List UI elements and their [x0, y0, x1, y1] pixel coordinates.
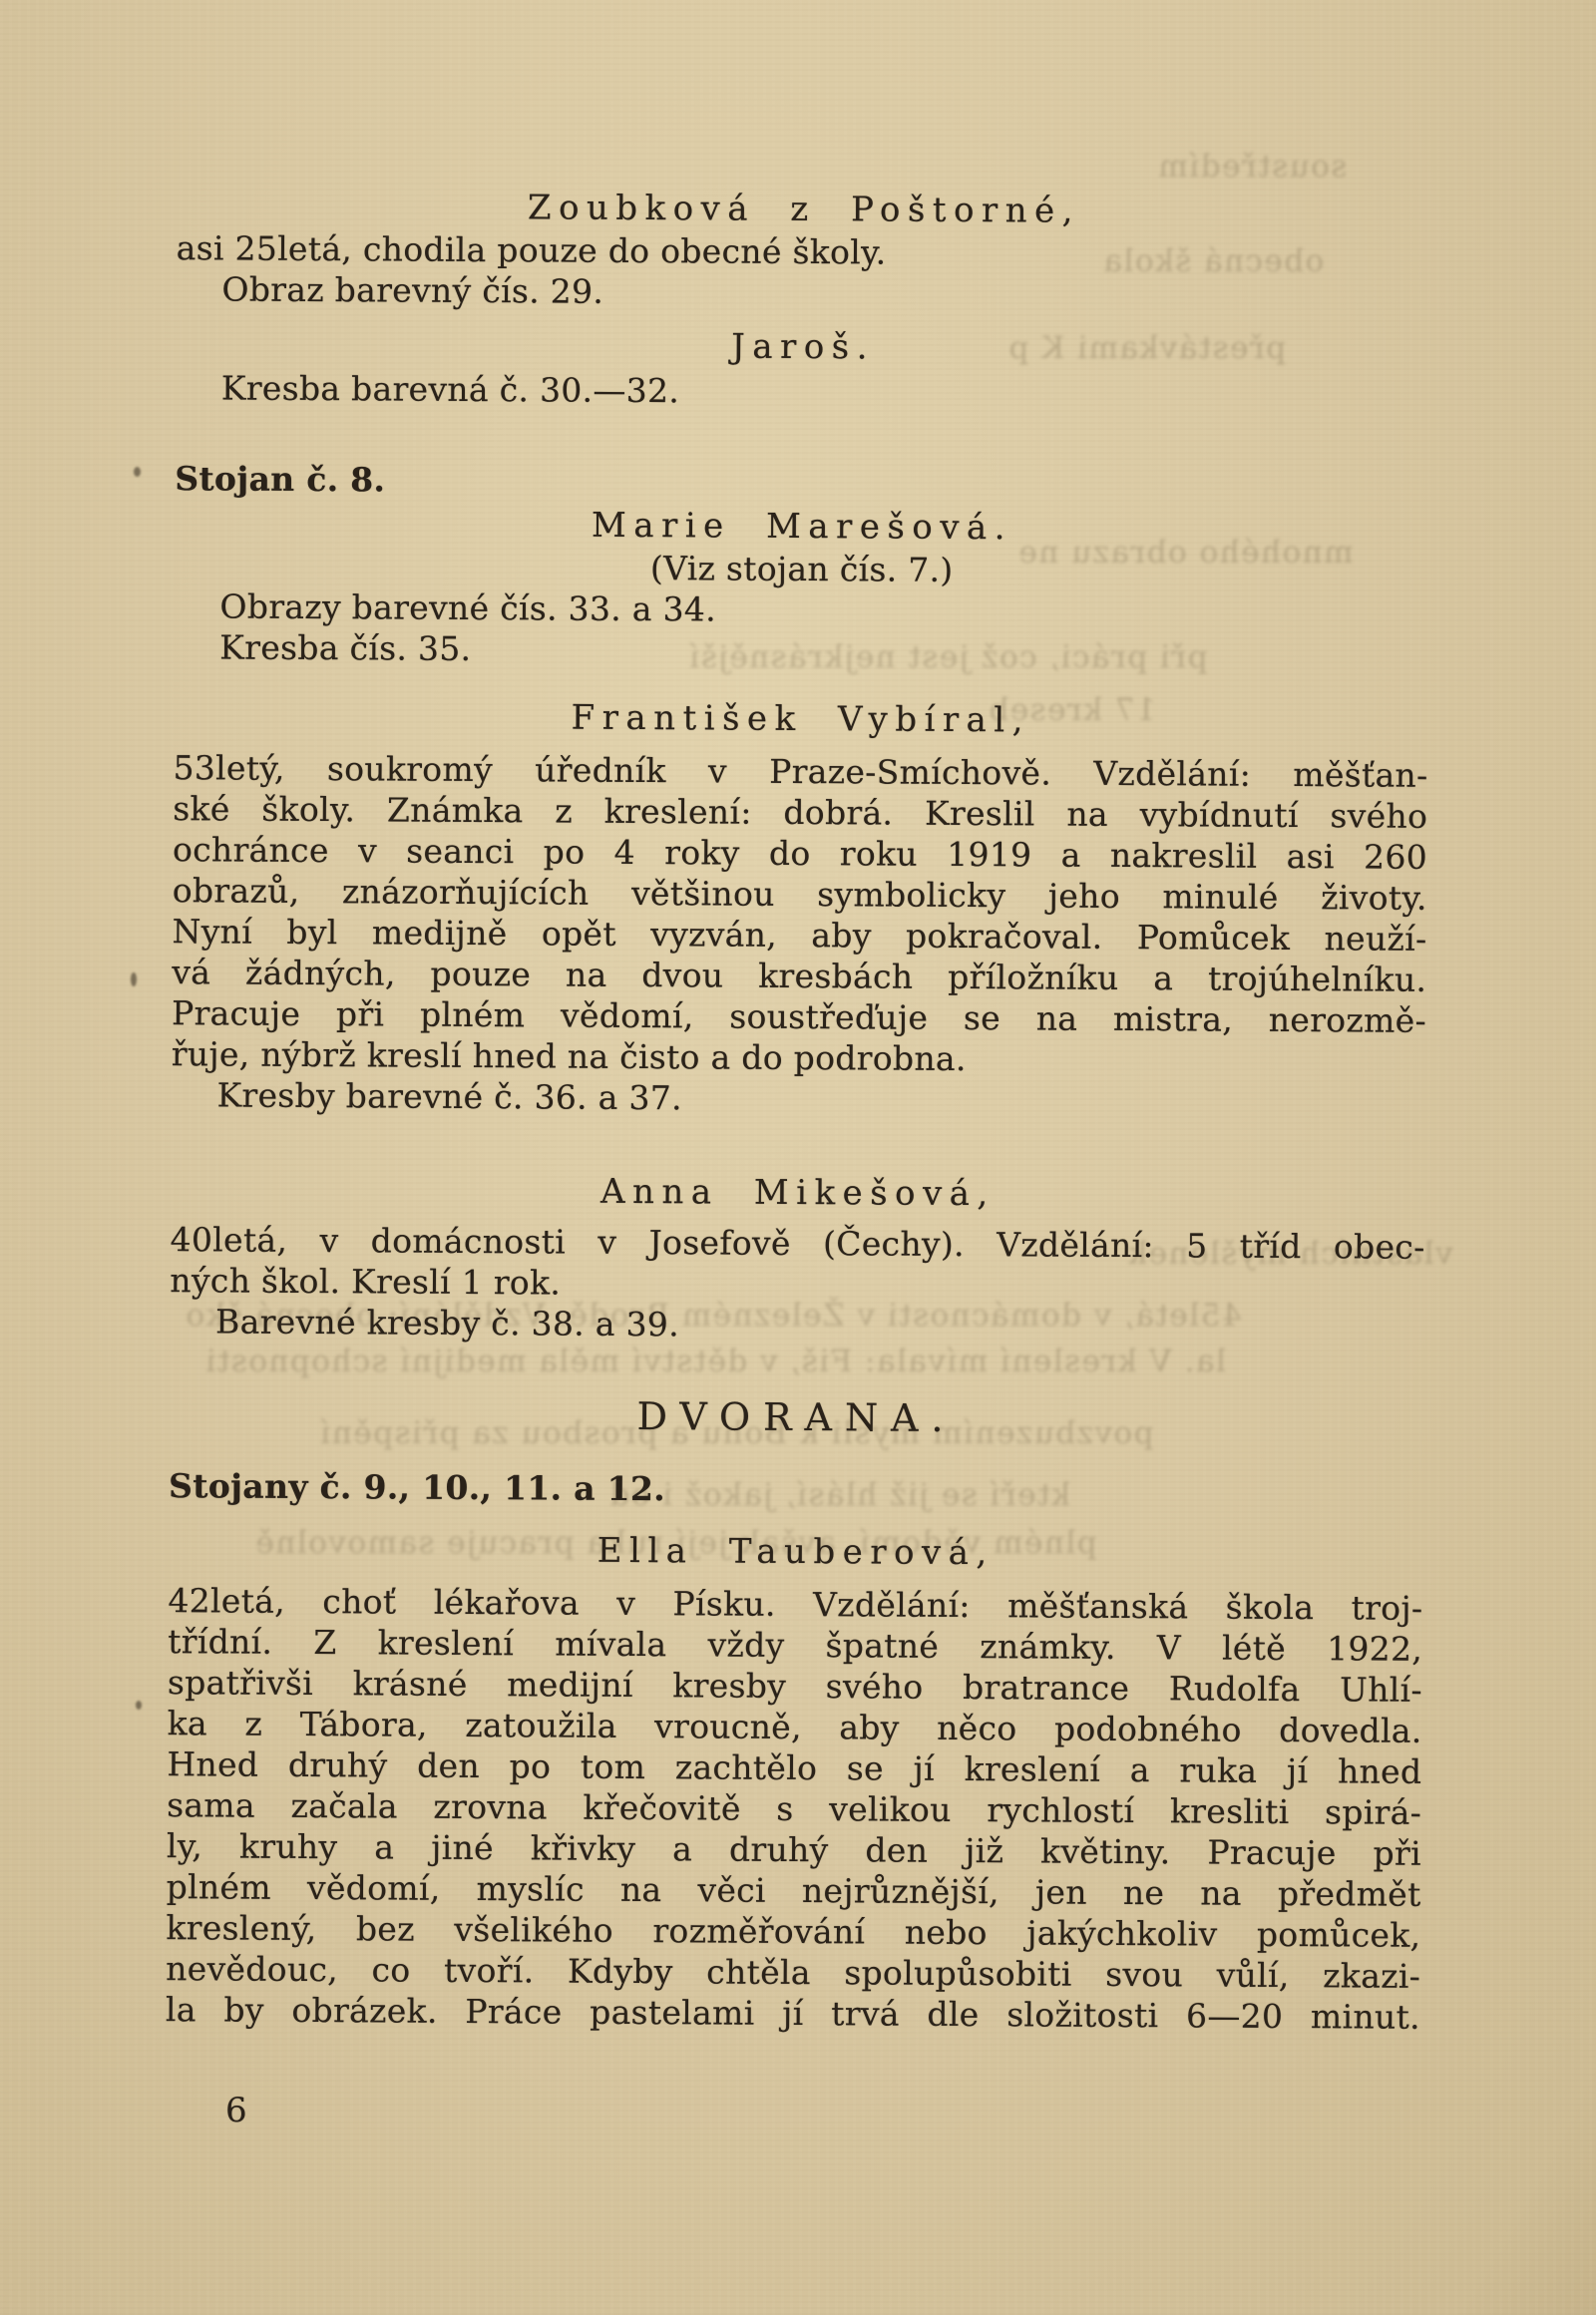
- entry-name-heading-jaros: Jaroš.: [176, 321, 1430, 373]
- entry-name-heading-maresova: Marie Marešová.: [175, 501, 1429, 553]
- paragraph-line: la by obrázek. Práce pastelami jí trvá d…: [166, 1989, 1420, 2038]
- stand-heading-8: Stojan č. 8.: [175, 458, 1429, 507]
- scan-speck: [134, 467, 141, 477]
- entry-name-heading-zoubkova: Zoubková z Poštorné,: [177, 184, 1431, 235]
- entry-name-heading-mikesova: Anna Mikešová,: [171, 1167, 1425, 1219]
- text-block: Zoubková z Poštorné, asi 25letá, chodila…: [166, 0, 1432, 2038]
- stand-heading-9-12: Stojany č. 9., 10., 11. a 12.: [169, 1465, 1423, 1514]
- entry-name-heading-vybiral: František Vybíral,: [174, 693, 1428, 745]
- scan-speck: [136, 1701, 142, 1710]
- scanned-book-page: soustředím obecná škola přestávkami K p …: [0, 0, 1596, 2315]
- scan-speck: [131, 972, 137, 986]
- page-number: 6: [225, 2091, 247, 2130]
- section-heading-dvorana: DVORANA.: [169, 1389, 1423, 1445]
- reference-line: Barevné kresby č. 38. a 39.: [170, 1301, 1424, 1350]
- reference-line: Kresby barevné č. 36. a 37.: [171, 1074, 1425, 1123]
- reference-line: Obraz barevný čís. 29.: [176, 268, 1430, 317]
- reference-line: Kresba barevná č. 30.—32.: [176, 367, 1430, 416]
- reference-line: Kresba čís. 35.: [174, 626, 1428, 675]
- entry-name-heading-tauberova: Ella Tauberová,: [169, 1526, 1423, 1578]
